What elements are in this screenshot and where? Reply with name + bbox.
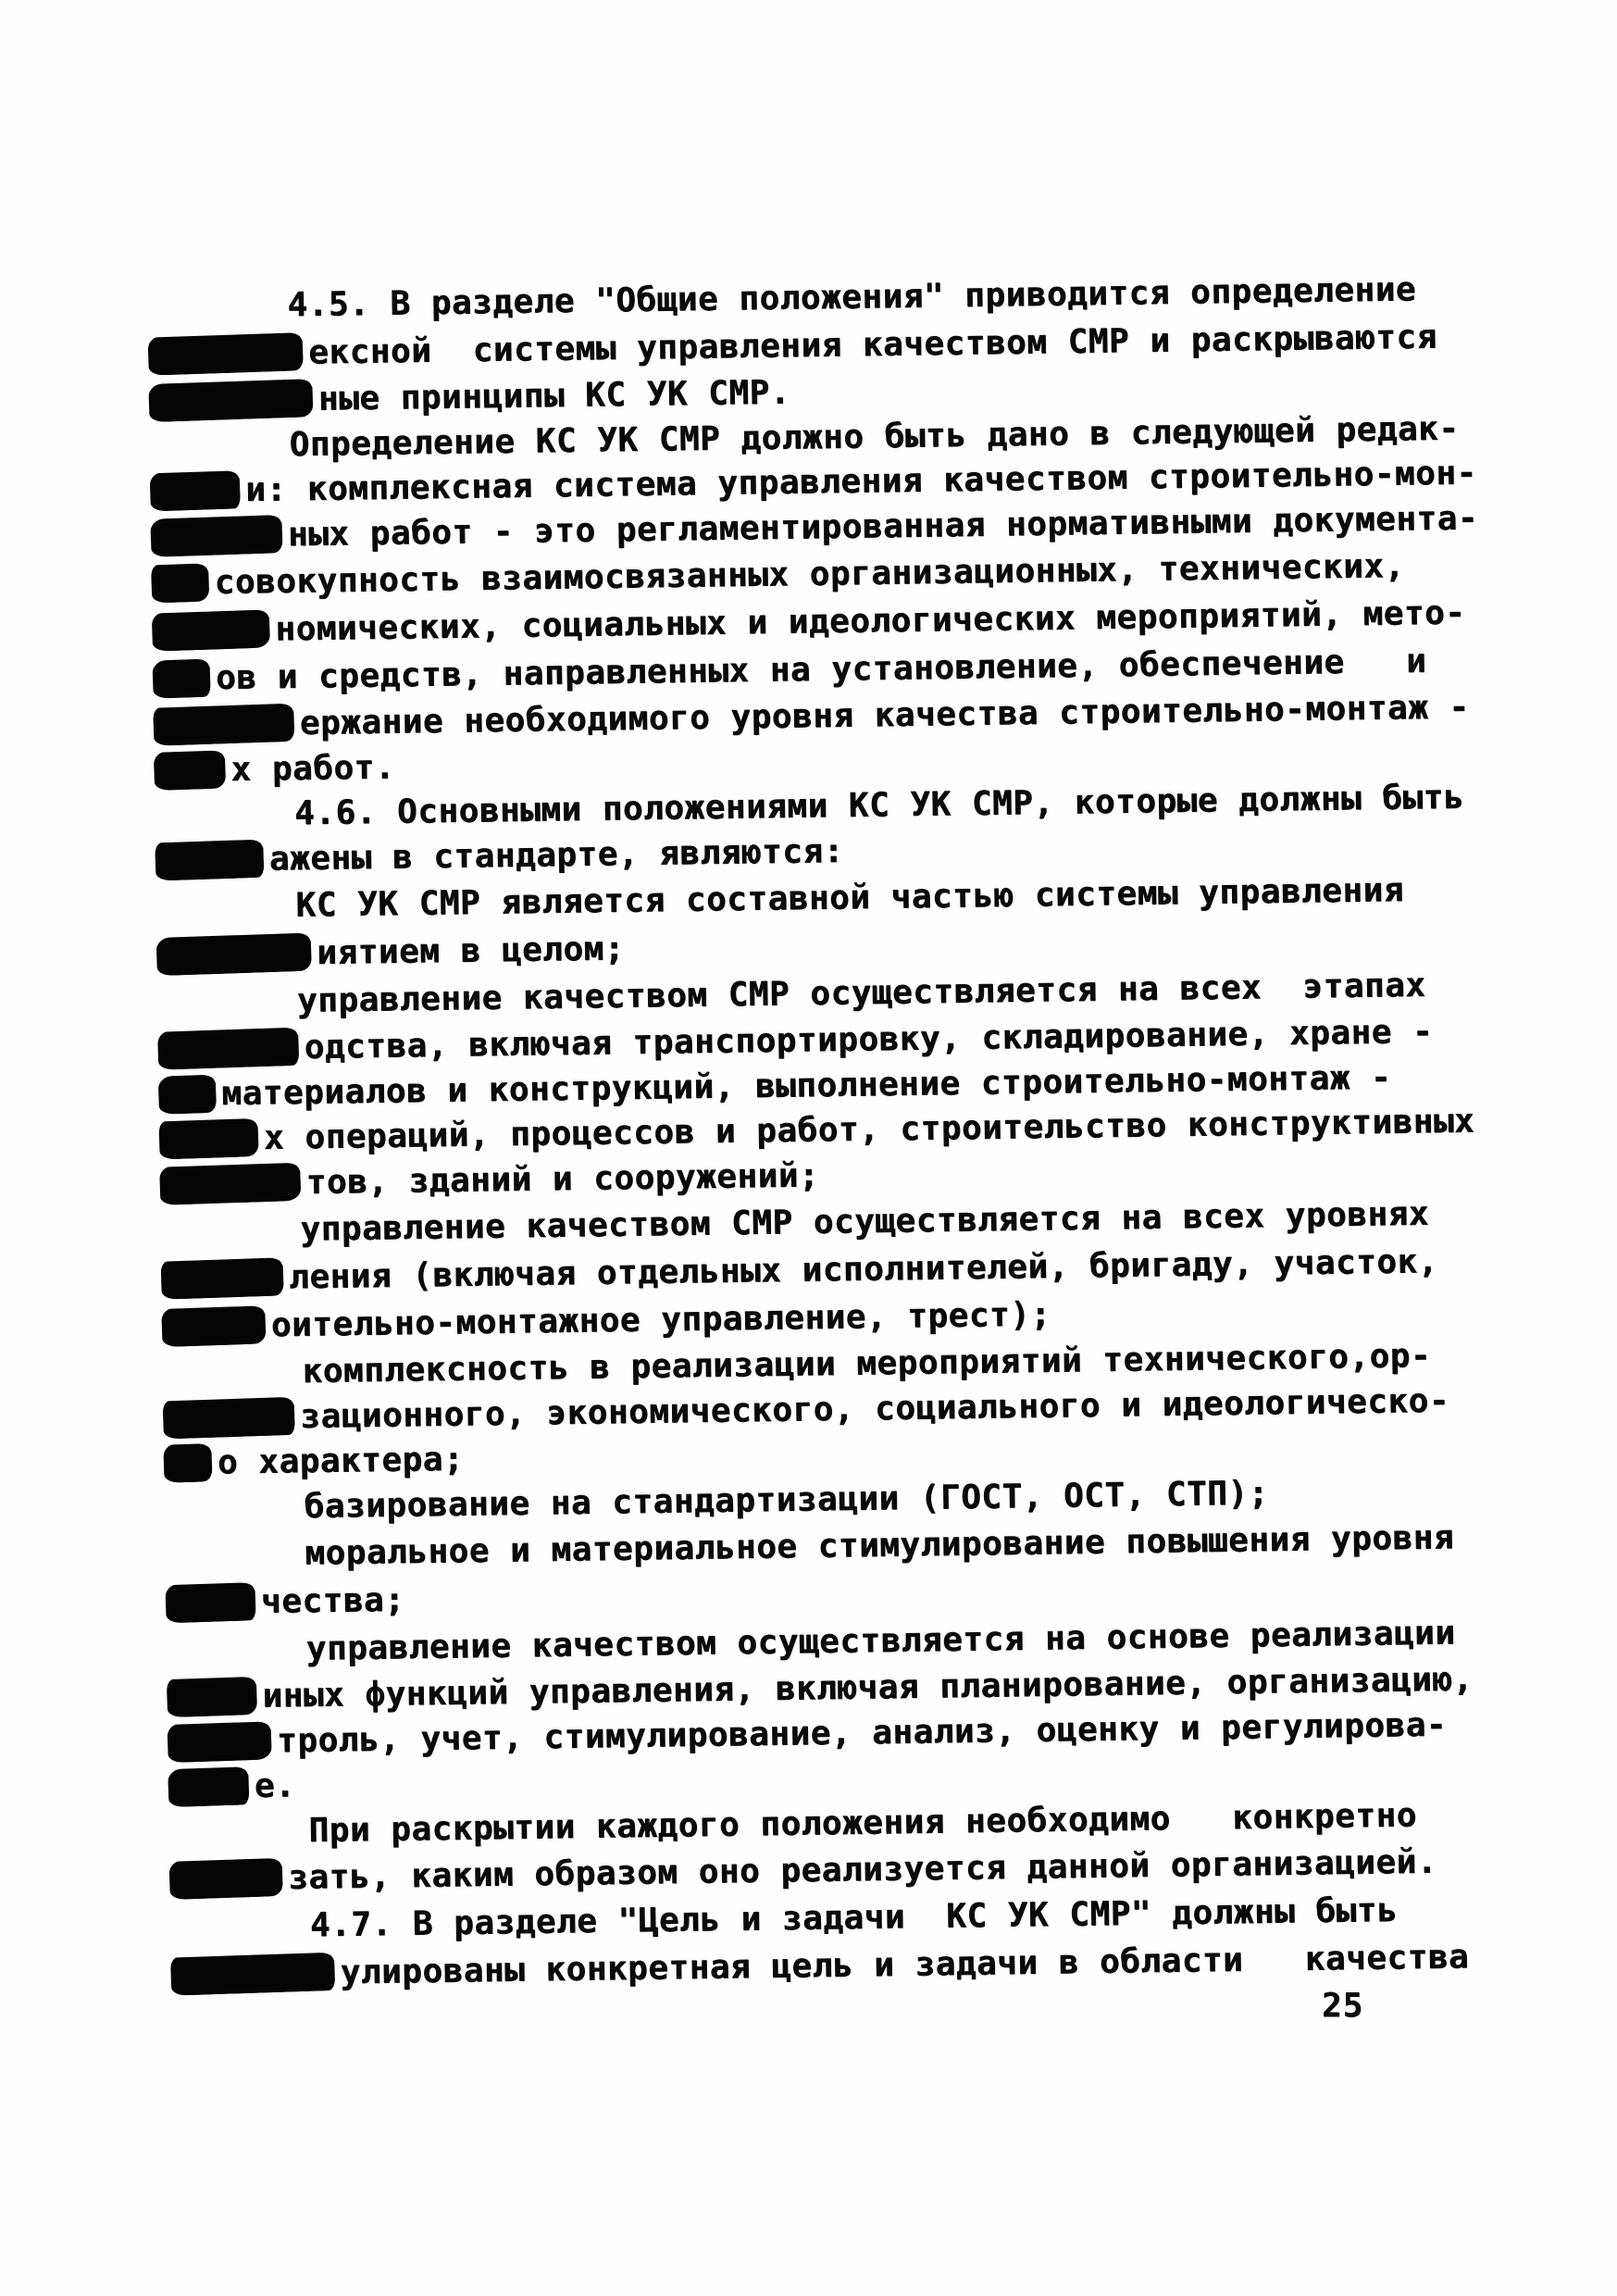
ink-blot: [159, 1118, 257, 1158]
ink-blot: [154, 704, 293, 745]
ink-blot: [153, 659, 209, 698]
line-text: оительно-монтажное управление, трест);: [271, 1295, 1051, 1344]
ink-blot: [160, 1163, 300, 1204]
ink-blot: [151, 470, 240, 510]
line-text: 4.7. В разделе "Цель и задачи КС УК СМР"…: [310, 1891, 1399, 1944]
line-text: ные принципы КС УК СМР.: [318, 374, 791, 418]
ink-blot: [155, 840, 263, 880]
ink-blot: [170, 1858, 282, 1899]
ink-blot: [149, 332, 303, 374]
line-text: о характера;: [218, 1441, 465, 1482]
line-text: х работ.: [230, 749, 395, 789]
ink-blot: [164, 1397, 294, 1439]
ink-blot: [157, 933, 311, 975]
line-text: тов, зданий и сооружений;: [305, 1156, 819, 1202]
ink-blot: [158, 1028, 298, 1069]
line-text: е.: [255, 1766, 296, 1805]
document-body: 4.5. В разделе "Общие положения" приводи…: [148, 266, 1524, 1997]
ink-blot: [168, 1721, 270, 1762]
ink-blot: [153, 609, 269, 650]
ink-blot: [152, 563, 208, 602]
ink-blot: [164, 1443, 211, 1482]
ink-blot: [151, 515, 281, 556]
ink-blot: [166, 1582, 255, 1622]
line-text: иятием в целом;: [317, 930, 625, 972]
line-text: ажены в стандарте, являются:: [269, 832, 844, 879]
ink-blot: [162, 1257, 283, 1298]
page-number: 25: [1322, 1987, 1363, 2025]
ink-blot: [168, 1766, 248, 1806]
scanned-document-page: 4.5. В разделе "Общие положения" приводи…: [0, 0, 1617, 2296]
ink-blot: [155, 750, 225, 789]
ink-blot: [171, 1953, 334, 1995]
ink-blot: [159, 1075, 216, 1114]
line-text: чества;: [261, 1581, 405, 1621]
line-text: базирование на стандартизации (ГОСТ, ОСТ…: [304, 1475, 1269, 1527]
ink-blot: [168, 1677, 256, 1716]
ink-blot: [162, 1305, 265, 1346]
ink-blot: [149, 379, 312, 421]
